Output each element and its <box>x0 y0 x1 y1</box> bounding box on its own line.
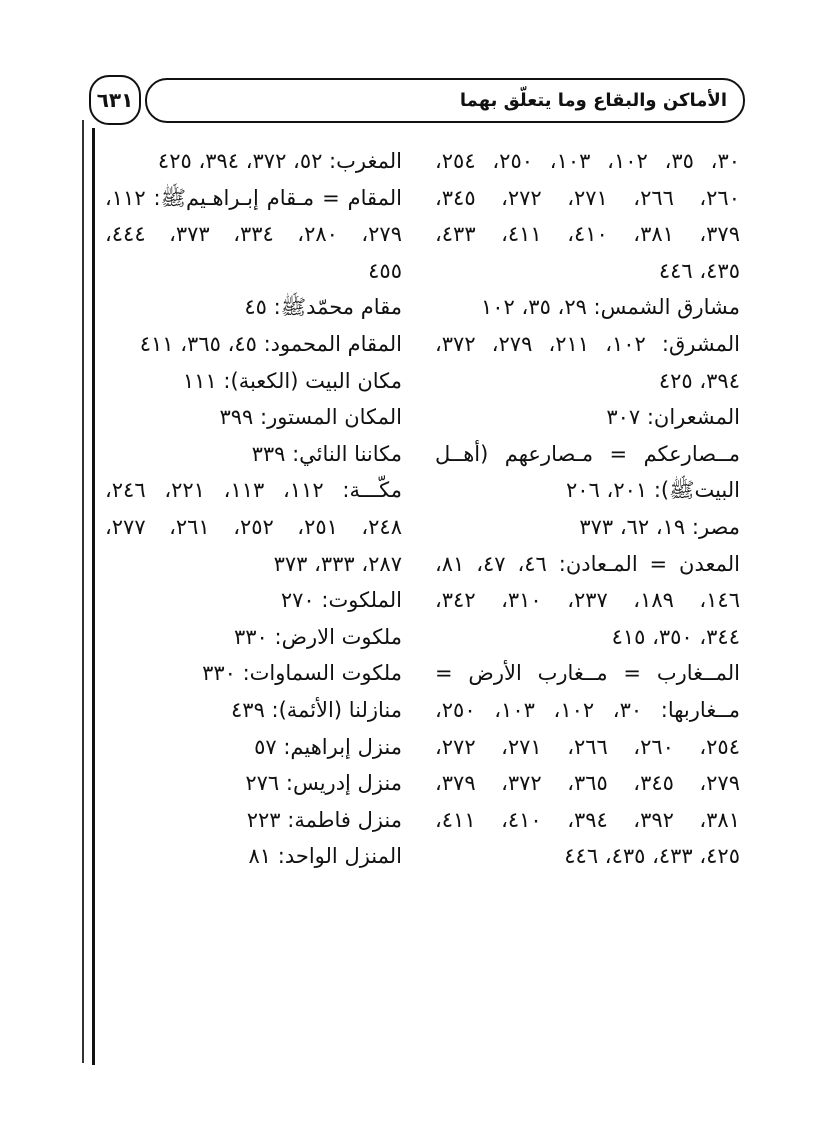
index-entry-makkah: مكّـــة: ١١٢، ١١٣، ٢٢١، ٢٤٦، <box>105 472 402 509</box>
index-entry-al-maqam-al-mahmud: المقام المحمود: ٤٥، ٣٦٥، ٤١١ <box>105 326 402 363</box>
index-entry-manzil-idris: منزل إدريس: ٢٧٦ <box>105 765 402 802</box>
index-line: ٣٤٤، ٣٥٠، ٤١٥ <box>435 619 740 656</box>
index-line: ٤٢٥، ٤٣٣، ٤٣٥، ٤٤٦ <box>435 838 740 875</box>
index-line: البيتﷺ): ٢٠١، ٢٠٦ <box>435 472 740 509</box>
index-line: ٢٧٩، ٣٤٥، ٣٦٥، ٣٧٢، ٣٧٩، <box>435 765 740 802</box>
index-entry-manzil-ibrahim: منزل إبراهيم: ٥٧ <box>105 729 402 766</box>
index-entry-al-manzil-al-wahid: المنزل الواحد: ٨١ <box>105 838 402 875</box>
index-line: ١٤٦، ١٨٩، ٢٣٧، ٣١٠، ٣٤٢، <box>435 582 740 619</box>
index-line: ٣٠، ٣٥، ١٠٢، ١٠٣، ٢٥٠، ٢٥٤، <box>435 143 740 180</box>
index-entry-masariukum: مــصارعكم = مـصارعهم (أهــل <box>435 436 740 473</box>
index-entry-misr: مصر: ١٩، ٦٢، ٣٧٣ <box>435 509 740 546</box>
index-entry-manzil-fatimah: منزل فاطمة: ٢٢٣ <box>105 802 402 839</box>
index-line: ٢٤٨، ٢٥١، ٢٥٢، ٢٦١، ٢٧٧، <box>105 509 402 546</box>
index-line: ٢٨٧، ٣٣٣، ٣٧٣ <box>105 546 402 583</box>
index-entry-makan-al-bayt: مكان البيت (الكعبة): ١١١ <box>105 363 402 400</box>
index-entry-al-malakut: الملكوت: ٢٧٠ <box>105 582 402 619</box>
index-entry-al-mashriq: المشرق: ١٠٢، ٢١١، ٢٧٩، ٣٧٢، <box>435 326 740 363</box>
index-entry-mashariq-al-shams: مشارق الشمس: ٢٩، ٣٥، ١٠٢ <box>435 289 740 326</box>
index-entry-malakut-al-samawat: ملكوت السماوات: ٣٣٠ <box>105 655 402 692</box>
margin-rule-thick <box>92 128 95 1065</box>
page-number-text: ٦٣١ <box>97 88 134 112</box>
book-page: ٦٣١ الأماكن والبقاع وما يتعلّق بهما ٣٠، … <box>0 0 826 1147</box>
index-line: ٢٧٩، ٢٨٠، ٣٣٤، ٣٧٣، ٤٤٤، <box>105 216 402 253</box>
index-line: ٢٦٠، ٢٦٦، ٢٧١، ٢٧٢، ٣٤٥، <box>435 180 740 217</box>
index-entry-manazilna: منازلنا (الأئمة): ٤٣٩ <box>105 692 402 729</box>
index-entry-malakut-al-ard: ملكوت الارض: ٣٣٠ <box>105 619 402 656</box>
index-column-right: ٣٠، ٣٥، ١٠٢، ١٠٣، ٢٥٠، ٢٥٤، ٢٦٠، ٢٦٦، ٢٧… <box>435 143 740 875</box>
index-entry-maqam-muhammad: مقام محمّدﷺ: ٤٥ <box>105 289 402 326</box>
index-column-left: المغرب: ٥٢، ٣٧٢، ٣٩٤، ٤٢٥ المقام = مـقام… <box>105 143 402 875</box>
index-line: ٣٧٩، ٣٨١، ٤١٠، ٤١١، ٤٣٣، <box>435 216 740 253</box>
index-line: ٣٩٤، ٤٢٥ <box>435 363 740 400</box>
index-entry-al-maghārib: المــغارب = مــغارب الأرض = <box>435 655 740 692</box>
index-line: ٤٥٥ <box>105 253 402 290</box>
index-entry-al-makan-al-mastur: المكان المستور: ٣٩٩ <box>105 399 402 436</box>
index-entry-al-maghrib: المغرب: ٥٢، ٣٧٢، ٣٩٤، ٤٢٥ <box>105 143 402 180</box>
index-entry-makanuna-al-nai: مكاننا النائي: ٣٣٩ <box>105 436 402 473</box>
index-entry-al-madin: المعدن = المـعادن: ٤٦، ٤٧، ٨١، <box>435 546 740 583</box>
margin-rule-thin <box>82 120 84 1063</box>
index-entry-al-maqam: المقام = مـقام إبـراهـيمﷺ: ١١٢، <box>105 180 402 217</box>
index-entry-al-mashaaran: المشعران: ٣٠٧ <box>435 399 740 436</box>
index-line: مــغاربها: ٣٠، ١٠٢، ١٠٣، ٢٥٠، <box>435 692 740 729</box>
running-header: الأماكن والبقاع وما يتعلّق بهما <box>145 78 745 123</box>
index-line: ٢٥٤، ٢٦٠، ٢٦٦، ٢٧١، ٢٧٢، <box>435 729 740 766</box>
index-line: ٣٨١، ٣٩٢، ٣٩٤، ٤١٠، ٤١١، <box>435 802 740 839</box>
index-line: ٤٣٥، ٤٤٦ <box>435 253 740 290</box>
page-number: ٦٣١ <box>89 75 141 125</box>
running-header-title: الأماكن والبقاع وما يتعلّق بهما <box>460 90 727 111</box>
